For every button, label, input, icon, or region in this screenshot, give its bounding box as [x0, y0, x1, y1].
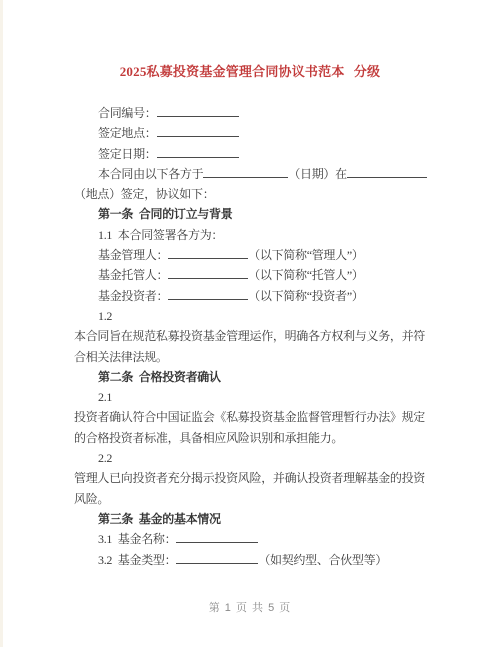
article-2-heading: 第二条 合格投资者确认 [74, 367, 428, 387]
contract-number-line: 合同编号： [74, 103, 428, 123]
clause-1-2-text: 本合同旨在规范私募投资基金管理运作，明确各方权利与义务，并符合相关法律法规。 [74, 326, 428, 367]
page-number: 第 1 页 共 5 页 [0, 599, 500, 615]
signing-place-line: 签定地点： [74, 123, 428, 143]
fund-custodian-label: 基金托管人： [98, 268, 168, 282]
fund-custodian-blank-field [168, 268, 248, 279]
fund-custodian-line: 基金托管人：（以下简称“托管人”） [74, 265, 428, 285]
document-body: 合同编号： 签定地点： 签定日期： 本合同由以下各方于（日期）在 （地点）签定，… [74, 103, 428, 570]
clause-2-2-number: 2.2 [74, 448, 428, 468]
clause-2-1-number: 2.1 [74, 387, 428, 407]
date-blank-field [203, 167, 288, 178]
fund-type-line: 3.2 基金类型：（如契约型、合伙型等） [74, 550, 428, 570]
contract-number-blank-field [157, 106, 239, 117]
fund-manager-blank-field [168, 248, 248, 259]
contract-number-label: 合同编号： [98, 106, 157, 120]
signing-date-blank-field [157, 147, 239, 158]
clause-2-1-text: 投资者确认符合中国证监会《私募投资基金监督管理暂行办法》规定的合格投资者标准，具… [74, 407, 428, 448]
fund-manager-line: 基金管理人：（以下简称“管理人”） [74, 245, 428, 265]
preamble-text-part1: 本合同由以下各方于 [98, 167, 203, 181]
fund-type-blank-field [176, 553, 258, 564]
signing-place-blank-field [157, 126, 239, 137]
fund-custodian-suffix: （以下简称“托管人”） [248, 268, 363, 282]
page-edge-strip [0, 0, 3, 647]
signing-date-line: 签定日期： [74, 144, 428, 164]
fund-name-line: 3.1 基金名称： [74, 529, 428, 549]
preamble-line-2: （地点）签定，协议如下： [74, 184, 428, 204]
preamble-text-part2: （日期）在 [288, 167, 347, 181]
fund-name-blank-field [176, 532, 258, 543]
fund-investor-suffix: （以下简称“投资者”） [248, 289, 363, 303]
clause-1-2-number: 1.2 [74, 306, 428, 326]
fund-investor-blank-field [168, 289, 248, 300]
fund-type-label: 3.2 基金类型： [98, 553, 176, 567]
fund-investor-label: 基金投资者： [98, 289, 168, 303]
fund-manager-suffix: （以下简称“管理人”） [248, 248, 363, 262]
signing-place-label: 签定地点： [98, 126, 157, 140]
signing-date-label: 签定日期： [98, 147, 157, 161]
document-title: 2025私募投资基金管理合同协议书范本 分级 [0, 61, 500, 80]
fund-type-suffix: （如契约型、合伙型等） [258, 553, 387, 567]
document-page: 2025私募投资基金管理合同协议书范本 分级 合同编号： 签定地点： 签定日期：… [0, 0, 500, 647]
fund-manager-label: 基金管理人： [98, 248, 168, 262]
clause-2-2-text: 管理人已向投资者充分揭示投资风险，并确认投资者理解基金的投资风险。 [74, 468, 428, 509]
clause-1-1-line: 1.1 本合同签署各方为： [74, 225, 428, 245]
article-3-heading: 第三条 基金的基本情况 [74, 509, 428, 529]
article-1-heading: 第一条 合同的订立与背景 [74, 204, 428, 224]
fund-name-label: 3.1 基金名称： [98, 532, 176, 546]
fund-investor-line: 基金投资者：（以下简称“投资者”） [74, 286, 428, 306]
preamble-line-1: 本合同由以下各方于（日期）在 [74, 164, 428, 184]
place-blank-field [347, 167, 427, 178]
